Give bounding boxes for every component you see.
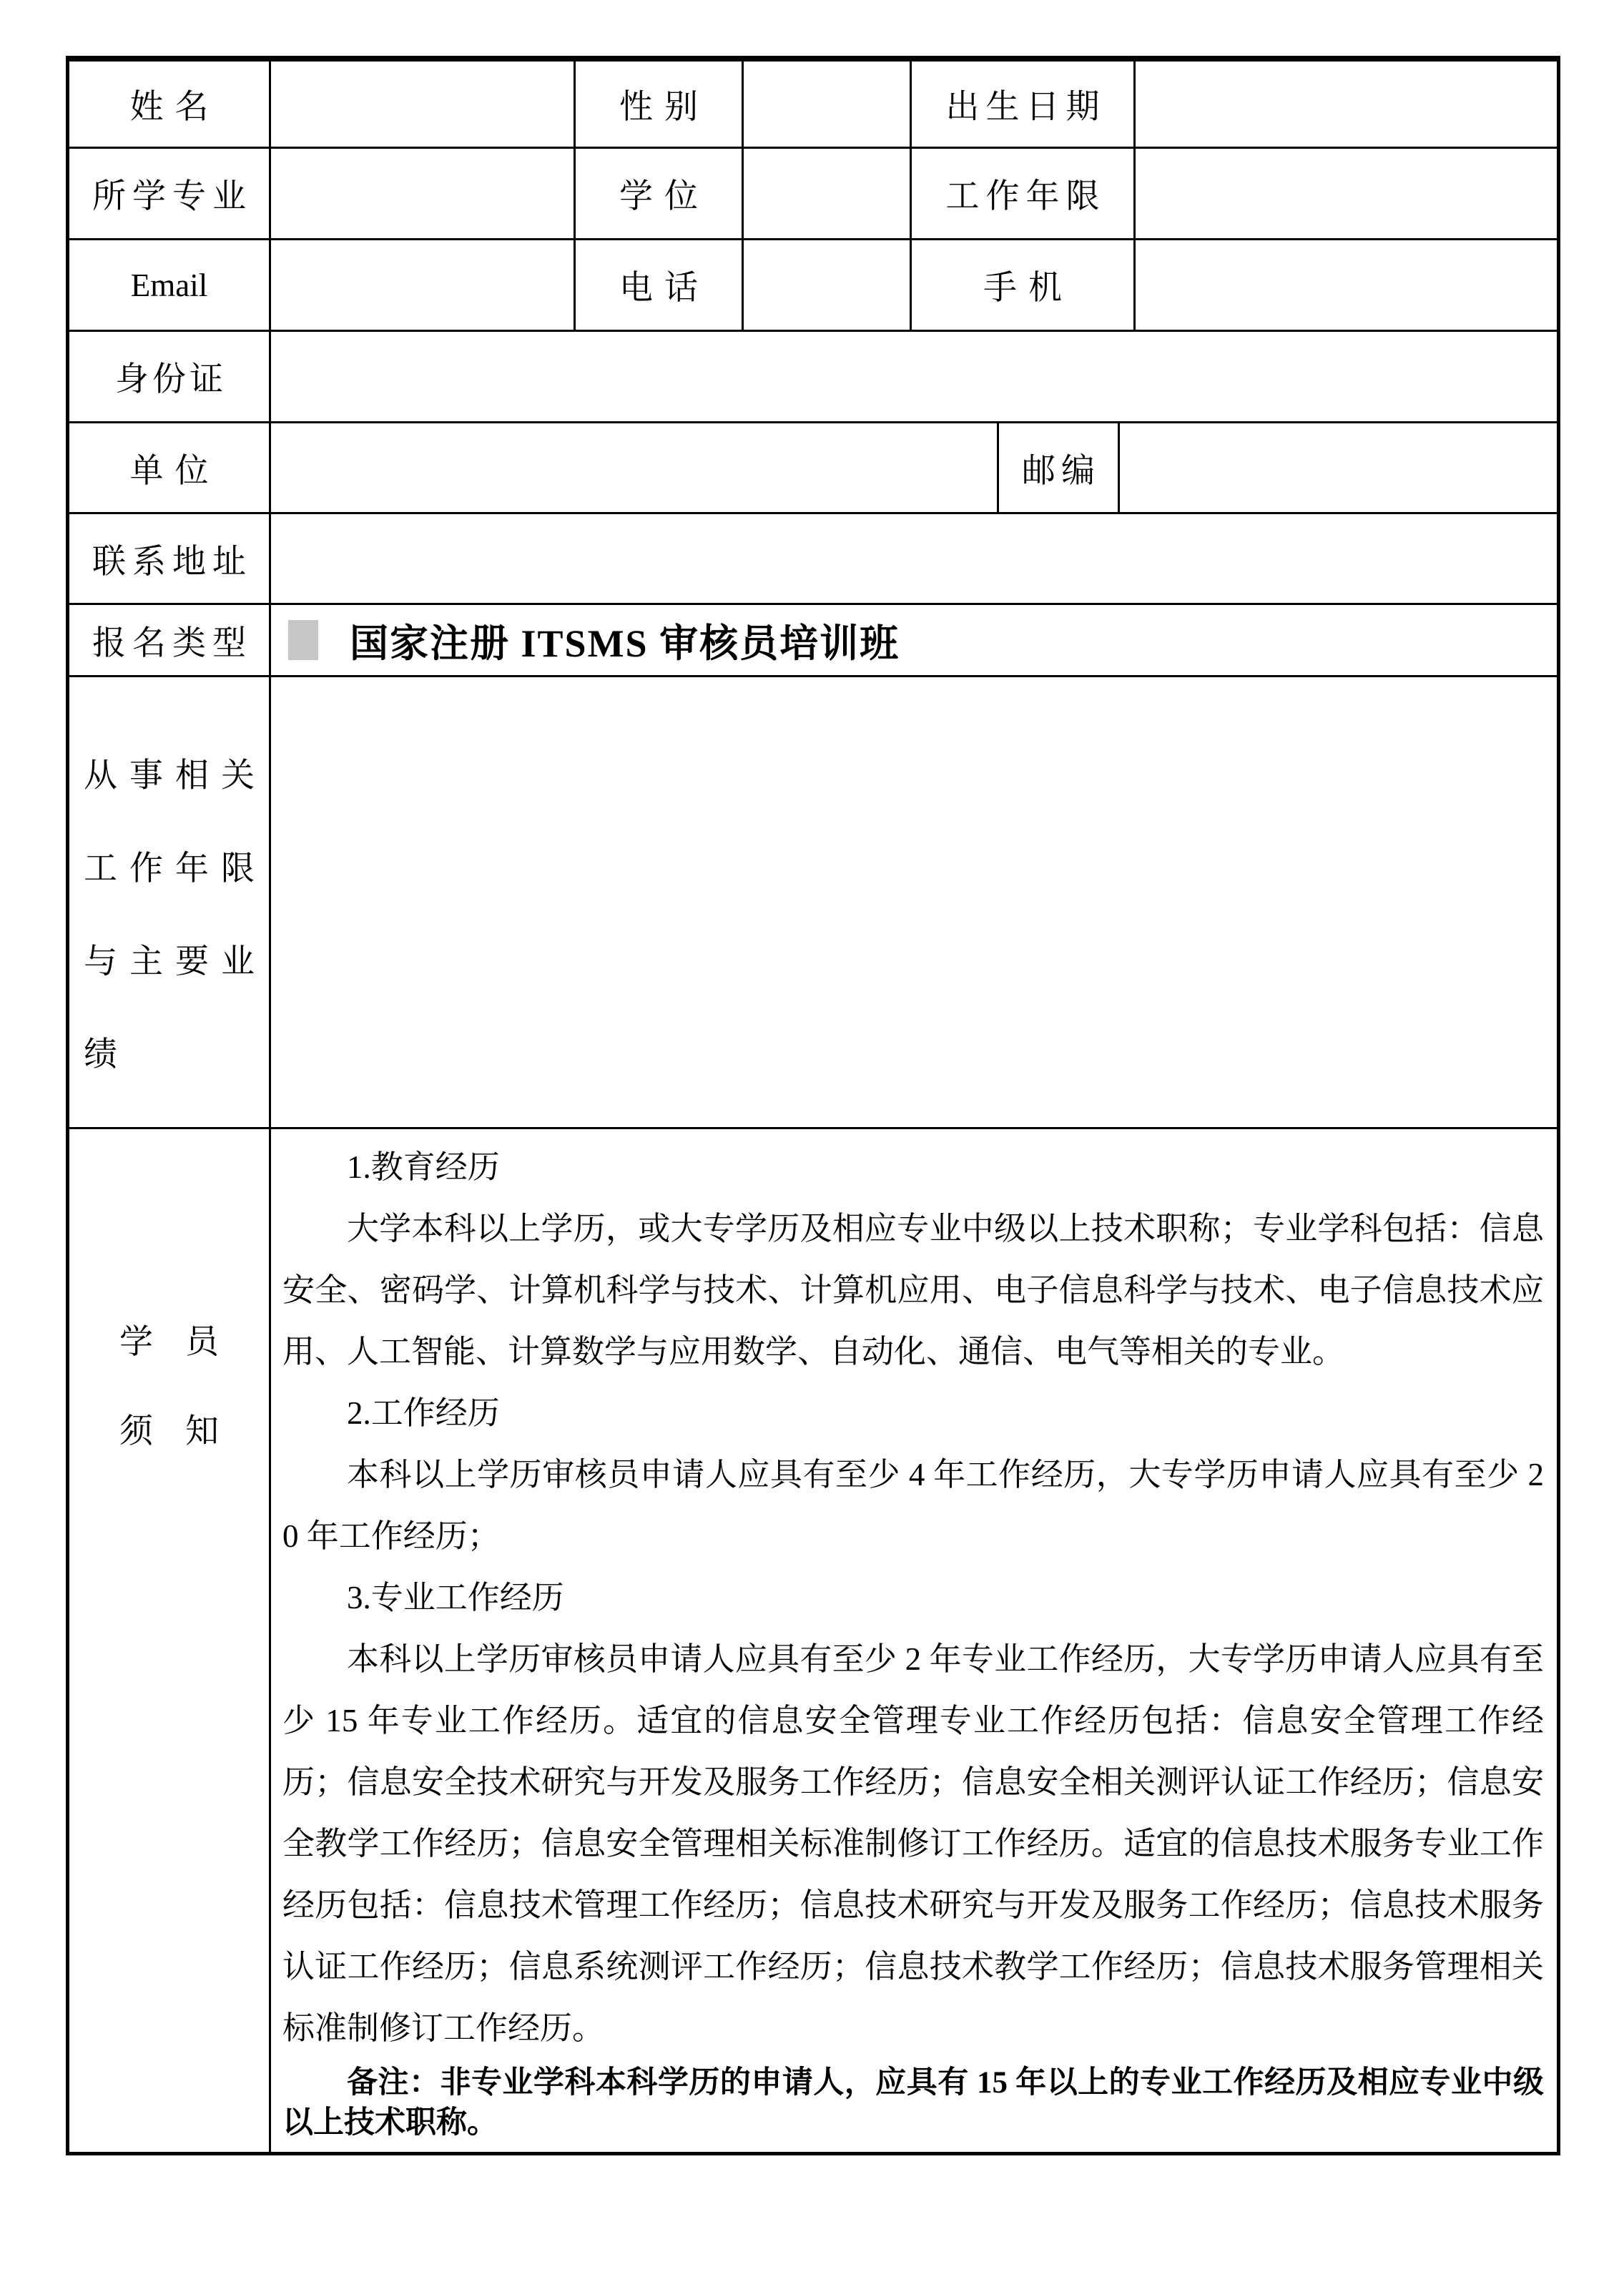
birth-date-value-field[interactable]	[1136, 62, 1557, 149]
registration-type-label: 报名类型	[69, 605, 271, 677]
notice-heading-education: 1.教育经历	[282, 1136, 1544, 1198]
name-value-field[interactable]	[271, 62, 576, 149]
id-card-label-text: 身份证	[112, 353, 227, 400]
phone-label-text: 电话	[608, 261, 709, 309]
gender-label: 性别	[576, 62, 744, 149]
registration-type-value-cell: 国家注册 ITSMS 审核员培训班	[271, 605, 1557, 677]
notice-heading-professional: 3.专业工作经历	[282, 1567, 1544, 1628]
contact-address-value-field[interactable]	[271, 514, 1557, 605]
experience-label-line-4: 绩	[84, 1028, 269, 1061]
postal-code-label: 邮编	[999, 423, 1120, 514]
form-page: 姓名 性别 出生日期 所学专业 学位 工作年限 Email 电话	[0, 0, 1624, 2287]
work-years-value-field[interactable]	[1136, 149, 1557, 240]
postal-code-label-text: 邮编	[1016, 444, 1101, 492]
id-card-value-field[interactable]	[271, 332, 1557, 423]
phone-value-field[interactable]	[744, 240, 912, 332]
email-value-field[interactable]	[271, 240, 576, 332]
postal-code-value-field[interactable]	[1120, 423, 1557, 514]
id-card-label: 身份证	[69, 332, 271, 423]
student-notice-label: 学员 须知	[69, 1129, 271, 2152]
gender-label-text: 性别	[608, 80, 709, 128]
notice-professional-body: 本科以上学历审核员申请人应具有至少 2 年专业工作经历，大专学历申请人应具有至少…	[282, 1628, 1544, 2059]
email-label: Email	[69, 240, 271, 332]
work-years-label-text: 工作年限	[940, 169, 1106, 217]
student-notice-label-line-1: 学员	[69, 1315, 269, 1349]
experience-summary-label: 从事相关 工作年限 与主要业 绩	[69, 677, 271, 1129]
email-label-text: Email	[131, 267, 207, 304]
work-years-label: 工作年限	[912, 149, 1136, 240]
experience-summary-value-field[interactable]	[271, 677, 1557, 1129]
notice-heading-work: 2.工作经历	[282, 1382, 1544, 1444]
major-label-text: 所学专业	[86, 169, 252, 217]
major-label: 所学专业	[69, 149, 271, 240]
experience-label-line-3: 与主要业	[84, 935, 269, 968]
registration-type-value-text: 国家注册 ITSMS 审核员培训班	[350, 613, 900, 668]
name-label: 姓名	[69, 62, 271, 149]
contact-address-label: 联系地址	[69, 514, 271, 605]
birth-date-label: 出生日期	[912, 62, 1136, 149]
experience-label-line-2: 工作年限	[84, 842, 269, 875]
registration-form-table: 姓名 性别 出生日期 所学专业 学位 工作年限 Email 电话	[66, 56, 1560, 2155]
phone-label: 电话	[576, 240, 744, 332]
student-notice-label-line-2: 须知	[69, 1405, 269, 1438]
degree-label: 学位	[576, 149, 744, 240]
notice-education-body: 大学本科以上学历，或大专学历及相应专业中级以上技术职称；专业学科包括：信息安全、…	[282, 1198, 1544, 1382]
birth-date-label-text: 出生日期	[940, 80, 1106, 128]
contact-address-label-text: 联系地址	[86, 535, 252, 583]
gender-value-field[interactable]	[744, 62, 912, 149]
organization-label: 单位	[69, 423, 271, 514]
student-notice-text: 1.教育经历 大学本科以上学历，或大专学历及相应专业中级以上技术职称；专业学科包…	[271, 1129, 1557, 2152]
registration-type-label-text: 报名类型	[86, 616, 252, 664]
mobile-value-field[interactable]	[1136, 240, 1557, 332]
mobile-label-text: 手机	[972, 261, 1073, 309]
name-label-text: 姓名	[119, 80, 220, 128]
mobile-label: 手机	[912, 240, 1136, 332]
notice-work-body: 本科以上学历审核员申请人应具有至少 4 年工作经历，大专学历申请人应具有至少 2…	[282, 1444, 1544, 1567]
major-value-field[interactable]	[271, 149, 576, 240]
registration-type-checkbox-icon[interactable]	[288, 620, 318, 660]
organization-value-field[interactable]	[271, 423, 999, 514]
degree-value-field[interactable]	[744, 149, 912, 240]
degree-label-text: 学位	[608, 169, 709, 217]
organization-label-text: 单位	[119, 444, 220, 492]
notice-remark-bold: 备注：非专业学科本科学历的申请人，应具有 15 年以上的专业工作经历及相应专业中…	[282, 2063, 1544, 2143]
experience-label-line-1: 从事相关	[84, 749, 269, 782]
